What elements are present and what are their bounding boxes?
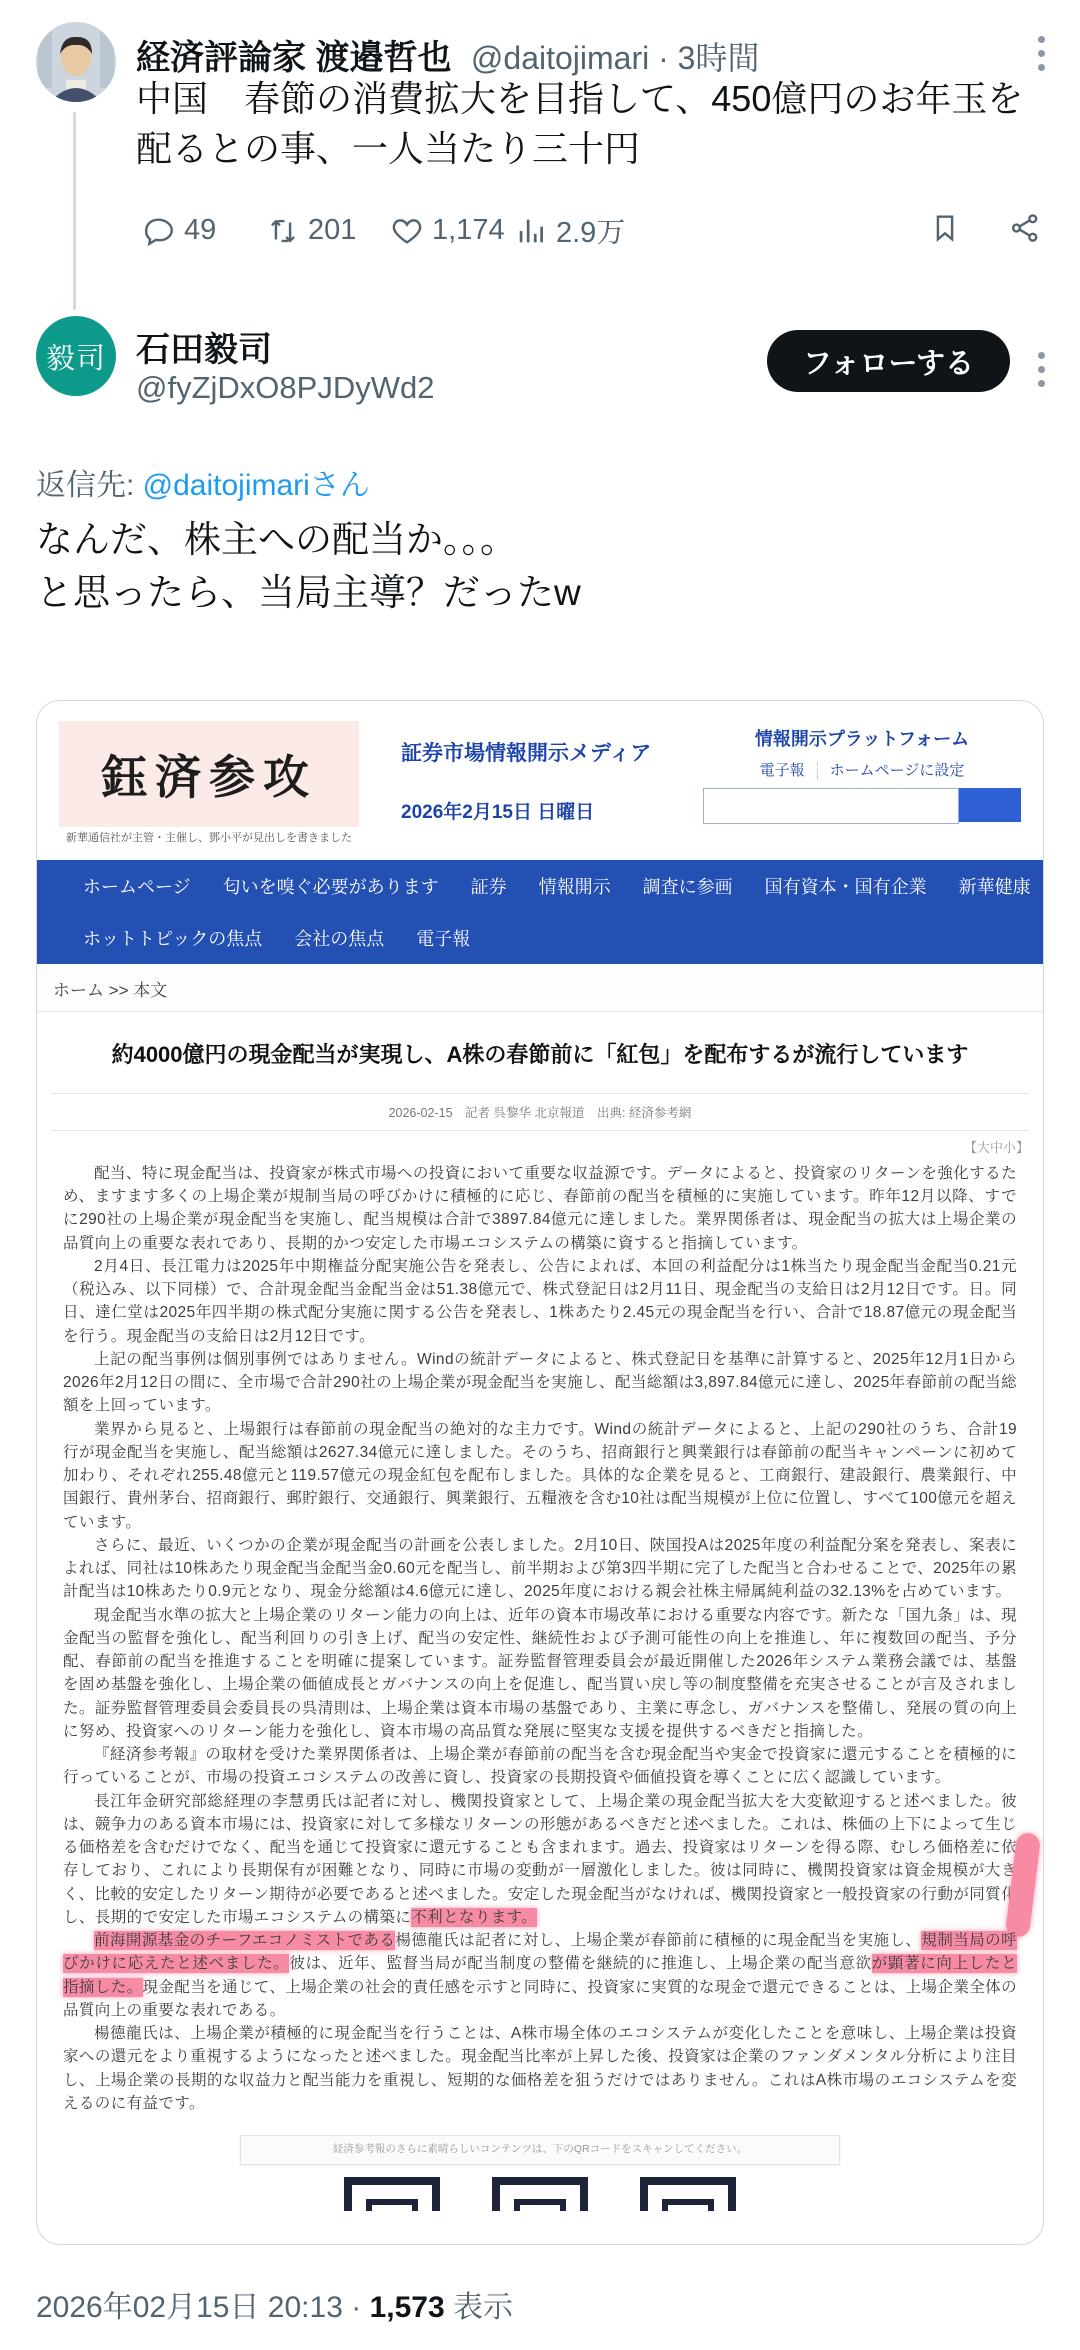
site-logo: 鈺済参攻 bbox=[59, 721, 359, 827]
site-search-bar bbox=[703, 788, 1021, 824]
bookmark-button[interactable] bbox=[928, 211, 962, 250]
views-count-footer: 1,573 bbox=[370, 2291, 445, 2324]
reply-to-line: 返信先: @daitojimariさん bbox=[36, 460, 370, 504]
breadcrumb[interactable]: ホーム >> 本文 bbox=[37, 964, 1043, 1012]
tweet-timestamp: 2026年02月15日 20:13 bbox=[36, 2291, 343, 2324]
nav-link[interactable]: 証券 bbox=[471, 873, 507, 899]
article-body: 配当、特に現金配当は、投資家が株式市場への投資において重要な収益源です。データに… bbox=[37, 1156, 1043, 2115]
reply-to-handle-link[interactable]: @daitojimariさん bbox=[143, 469, 370, 502]
article-paragraph: 現金配当水準の拡大と上場企業のリターン能力の向上は、近年の資本市場改革における重… bbox=[63, 1604, 1017, 1744]
nav-link[interactable]: 新華健康 bbox=[959, 873, 1031, 899]
analytics-icon bbox=[514, 214, 548, 248]
site-logo-block: 鈺済参攻 新華通信社が主管・主催し、鄧小平が見出しを書きました bbox=[59, 721, 359, 846]
like-button[interactable]: 1,174 bbox=[390, 214, 514, 248]
embedded-article-image[interactable]: 鈺済参攻 新華通信社が主管・主催し、鄧小平が見出しを書きました 証券市場情報開示… bbox=[36, 700, 1044, 2245]
nav-link[interactable]: 匂いを嗅ぐ必要があります bbox=[223, 873, 439, 899]
reply-author-display-name[interactable]: 石田毅司 bbox=[136, 322, 272, 371]
article-byline: 2026-02-15 記者 呉黎华 北京報道 出典: 経済参考網 bbox=[37, 1094, 1043, 1130]
views-label: 表示 bbox=[445, 2291, 513, 2324]
site-date-label: 2026年2月15日 日曜日 bbox=[401, 797, 651, 824]
paragraph-text: 長江年金研究部総経理の李慧勇氏は記者に対し、機関投資家として、上場企業の現金配当… bbox=[63, 1793, 1017, 1926]
reply-to-prefix: 返信先: bbox=[36, 469, 143, 502]
main-tweet-header: 経済評論家 渡邉哲也 @daitojimari · 3時間 bbox=[136, 30, 986, 79]
article-paragraph: 2月4日、長江電力は2025年中期権益分配実施公告を発表し、公告によれば、本回の… bbox=[63, 1255, 1017, 1348]
article-paragraph: 上記の配当事例は個別事例ではありません。Windの統計データによると、株式登記日… bbox=[63, 1348, 1017, 1418]
font-size-selector[interactable]: 【大中小】 bbox=[37, 1131, 1043, 1156]
qr-code bbox=[344, 2177, 440, 2211]
repost-button[interactable]: 201 bbox=[266, 214, 390, 248]
nav-link[interactable]: ホームページ bbox=[83, 873, 191, 899]
main-tweet-time: 3時間 bbox=[678, 40, 760, 76]
nav-link[interactable]: ホットトピックの焦点 bbox=[83, 925, 262, 951]
site-nav-row-1: ホームページ匂いを嗅ぐ必要があります証券情報開示調査に参画国有資本・国有企業新華… bbox=[37, 860, 1043, 912]
qr-code bbox=[492, 2177, 588, 2211]
paragraph-text: 上記の配当事例は個別事例ではありません。Windの統計データによると、株式登記日… bbox=[63, 1351, 1017, 1415]
more-menu-icon[interactable] bbox=[1037, 36, 1045, 71]
avatar-image bbox=[36, 22, 116, 102]
paragraph-text: 現金配当を通じて、上場企業の社会的責任感を示すと同時に、投資家に実質的な現金で還… bbox=[63, 1979, 1017, 2019]
reply-text-line2: と思ったら、当局主導？だったw bbox=[36, 567, 1016, 620]
reply-count: 49 bbox=[184, 214, 216, 247]
main-tweet-display-name[interactable]: 経済評論家 渡邉哲也 bbox=[136, 39, 451, 77]
paragraph-text: 現金配当水準の拡大と上場企業のリターン能力の向上は、近年の資本市場改革における重… bbox=[63, 1607, 1017, 1740]
main-tweet-handle[interactable]: @daitojimari · 3時間 bbox=[471, 40, 760, 76]
article-paragraph: 前海開源基金のチーフエコノミストである楊德龍氏は記者に対し、上場企業が春節前に積… bbox=[63, 1929, 1017, 2022]
share-icon bbox=[1008, 211, 1042, 245]
nav-link[interactable]: 電子報 bbox=[416, 925, 470, 951]
thread-connector-line bbox=[73, 112, 76, 310]
avatar-main-tweet[interactable] bbox=[36, 22, 116, 102]
article-site-header: 鈺済参攻 新華通信社が主管・主催し、鄧小平が見出しを書きました 証券市場情報開示… bbox=[37, 701, 1043, 854]
site-search-input[interactable] bbox=[703, 788, 959, 824]
article-paragraph: 業界から見ると、上場銀行は春節前の現金配当の絶対的な主力です。Windの統計デー… bbox=[63, 1418, 1017, 1534]
more-menu-icon-reply[interactable] bbox=[1037, 352, 1045, 387]
article-paragraph: 長江年金研究部総経理の李慧勇氏は記者に対し、機関投資家として、上場企業の現金配当… bbox=[63, 1790, 1017, 1930]
paragraph-text: 『経済参考報』の取材を受けた業界関係者は、上場企業が春節前の配当を含む現金配当や… bbox=[63, 1746, 1017, 1786]
main-tweet-text: 中国 春節の消費拡大を目指して、450億円のお年玉を配るとの事、一人当たり三十円 bbox=[136, 74, 1036, 173]
paragraph-text: さらに、最近、いくつかの企業が現金配当の計画を公表しました。2月10日、陝国投A… bbox=[63, 1537, 1017, 1601]
qr-note-box: 経済参考報のさらに素晴らしいコンテンツは、下のQRコードをスキャンしてください。 bbox=[240, 2135, 840, 2165]
platform-link[interactable]: ホームページに設定 bbox=[817, 762, 977, 779]
nav-link[interactable]: 情報開示 bbox=[539, 873, 611, 899]
article-paragraph: 楊德龍氏は、上場企業が積極的に現金配当を行うことは、A株市場全体のエコシステムが… bbox=[63, 2022, 1017, 2115]
qr-code bbox=[640, 2177, 736, 2211]
heart-icon bbox=[390, 214, 424, 248]
article-paragraph: 『経済参考報』の取材を受けた業界関係者は、上場企業が春節前の配当を含む現金配当や… bbox=[63, 1743, 1017, 1790]
nav-link[interactable]: 会社の焦点 bbox=[294, 925, 384, 951]
views-link[interactable]: 2.9万 bbox=[514, 210, 625, 251]
qr-code-row bbox=[37, 2177, 1043, 2211]
reply-text-line1: なんだ、株主への配当か。。。 bbox=[36, 514, 1016, 567]
repost-icon bbox=[266, 214, 300, 248]
site-header-right: 情報開示プラットフォーム 電子報ホームページに設定 bbox=[703, 721, 1021, 846]
highlighted-text: 不利となります。 bbox=[411, 1908, 537, 1927]
share-button[interactable] bbox=[1008, 211, 1042, 250]
follow-button[interactable]: フォローする bbox=[767, 330, 1010, 392]
site-media-label: 証券市場情報開示メディア bbox=[401, 737, 651, 767]
reply-button[interactable]: 49 bbox=[142, 214, 266, 248]
tweet-detail-page: 経済評論家 渡邉哲也 @daitojimari · 3時間 中国 春節の消費拡大… bbox=[0, 0, 1080, 2350]
highlighted-text: 前海開源基金のチーフエコノミストである bbox=[94, 1931, 395, 1950]
views-count: 2.9万 bbox=[556, 210, 625, 251]
site-header-center: 証券市場情報開示メディア 2026年2月15日 日曜日 bbox=[401, 721, 651, 846]
bookmark-icon bbox=[928, 211, 962, 245]
reply-author-handle[interactable]: @fyZjDxO8PJDyWd2 bbox=[136, 370, 434, 406]
reply-tweet-text: なんだ、株主への配当か。。。 と思ったら、当局主導？だったw bbox=[36, 514, 1016, 619]
tweet-timestamp-row: 2026年02月15日 20:13 · 1,573 表示 bbox=[36, 2282, 513, 2326]
platform-links: 電子報ホームページに設定 bbox=[703, 759, 1021, 780]
paragraph-text: 楊德龍氏は、上場企業が積極的に現金配当を行うことは、A株市場全体のエコシステムが… bbox=[63, 2025, 1017, 2112]
article-paragraph: 配当、特に現金配当は、投資家が株式市場への投資において重要な収益源です。データに… bbox=[63, 1162, 1017, 1255]
paragraph-text: 配当、特に現金配当は、投資家が株式市場への投資において重要な収益源です。データに… bbox=[63, 1165, 1017, 1252]
site-navbar: ホームページ匂いを嗅ぐ必要があります証券情報開示調査に参画国有資本・国有企業新華… bbox=[37, 860, 1043, 964]
avatar-reply-author[interactable]: 毅司 bbox=[36, 316, 116, 396]
avatar-initials: 毅司 bbox=[46, 336, 106, 377]
paragraph-text: 業界から見ると、上場銀行は春節前の現金配当の絶対的な主力です。Windの統計デー… bbox=[63, 1421, 1017, 1531]
site-logo-tagline: 新華通信社が主管・主催し、鄧小平が見出しを書きました bbox=[59, 831, 359, 846]
nav-link[interactable]: 国有資本・国有企業 bbox=[765, 873, 927, 899]
paragraph-text: 彼は、近年、監督当局が配当制度の整備を継続的に推進し、上場企業の配当意欲 bbox=[289, 1955, 871, 1972]
platform-label: 情報開示プラットフォーム bbox=[703, 725, 1021, 751]
paragraph-text: 2月4日、長江電力は2025年中期権益分配実施公告を発表し、公告によれば、本回の… bbox=[63, 1258, 1017, 1345]
nav-link[interactable]: 調査に参画 bbox=[643, 873, 733, 899]
like-count: 1,174 bbox=[432, 214, 505, 247]
article-title: 約4000億円の現金配当が実現し、A株の春節前に「紅包」を配布するが流行していま… bbox=[37, 1038, 1043, 1069]
paragraph-text: 楊德龍氏は記者に対し、上場企業が春節前に積極的に現金配当を実施し、 bbox=[395, 1932, 921, 1949]
reply-icon bbox=[142, 214, 176, 248]
repost-count: 201 bbox=[308, 214, 356, 247]
main-tweet-actions: 49 201 1,174 2.9万 bbox=[142, 210, 1042, 251]
site-search-button[interactable] bbox=[959, 788, 1021, 822]
site-nav-row-2: ホットトピックの焦点会社の焦点電子報 bbox=[37, 912, 1043, 964]
article-paragraph: さらに、最近、いくつかの企業が現金配当の計画を公表しました。2月10日、陝国投A… bbox=[63, 1534, 1017, 1604]
platform-link[interactable]: 電子報 bbox=[748, 762, 817, 779]
